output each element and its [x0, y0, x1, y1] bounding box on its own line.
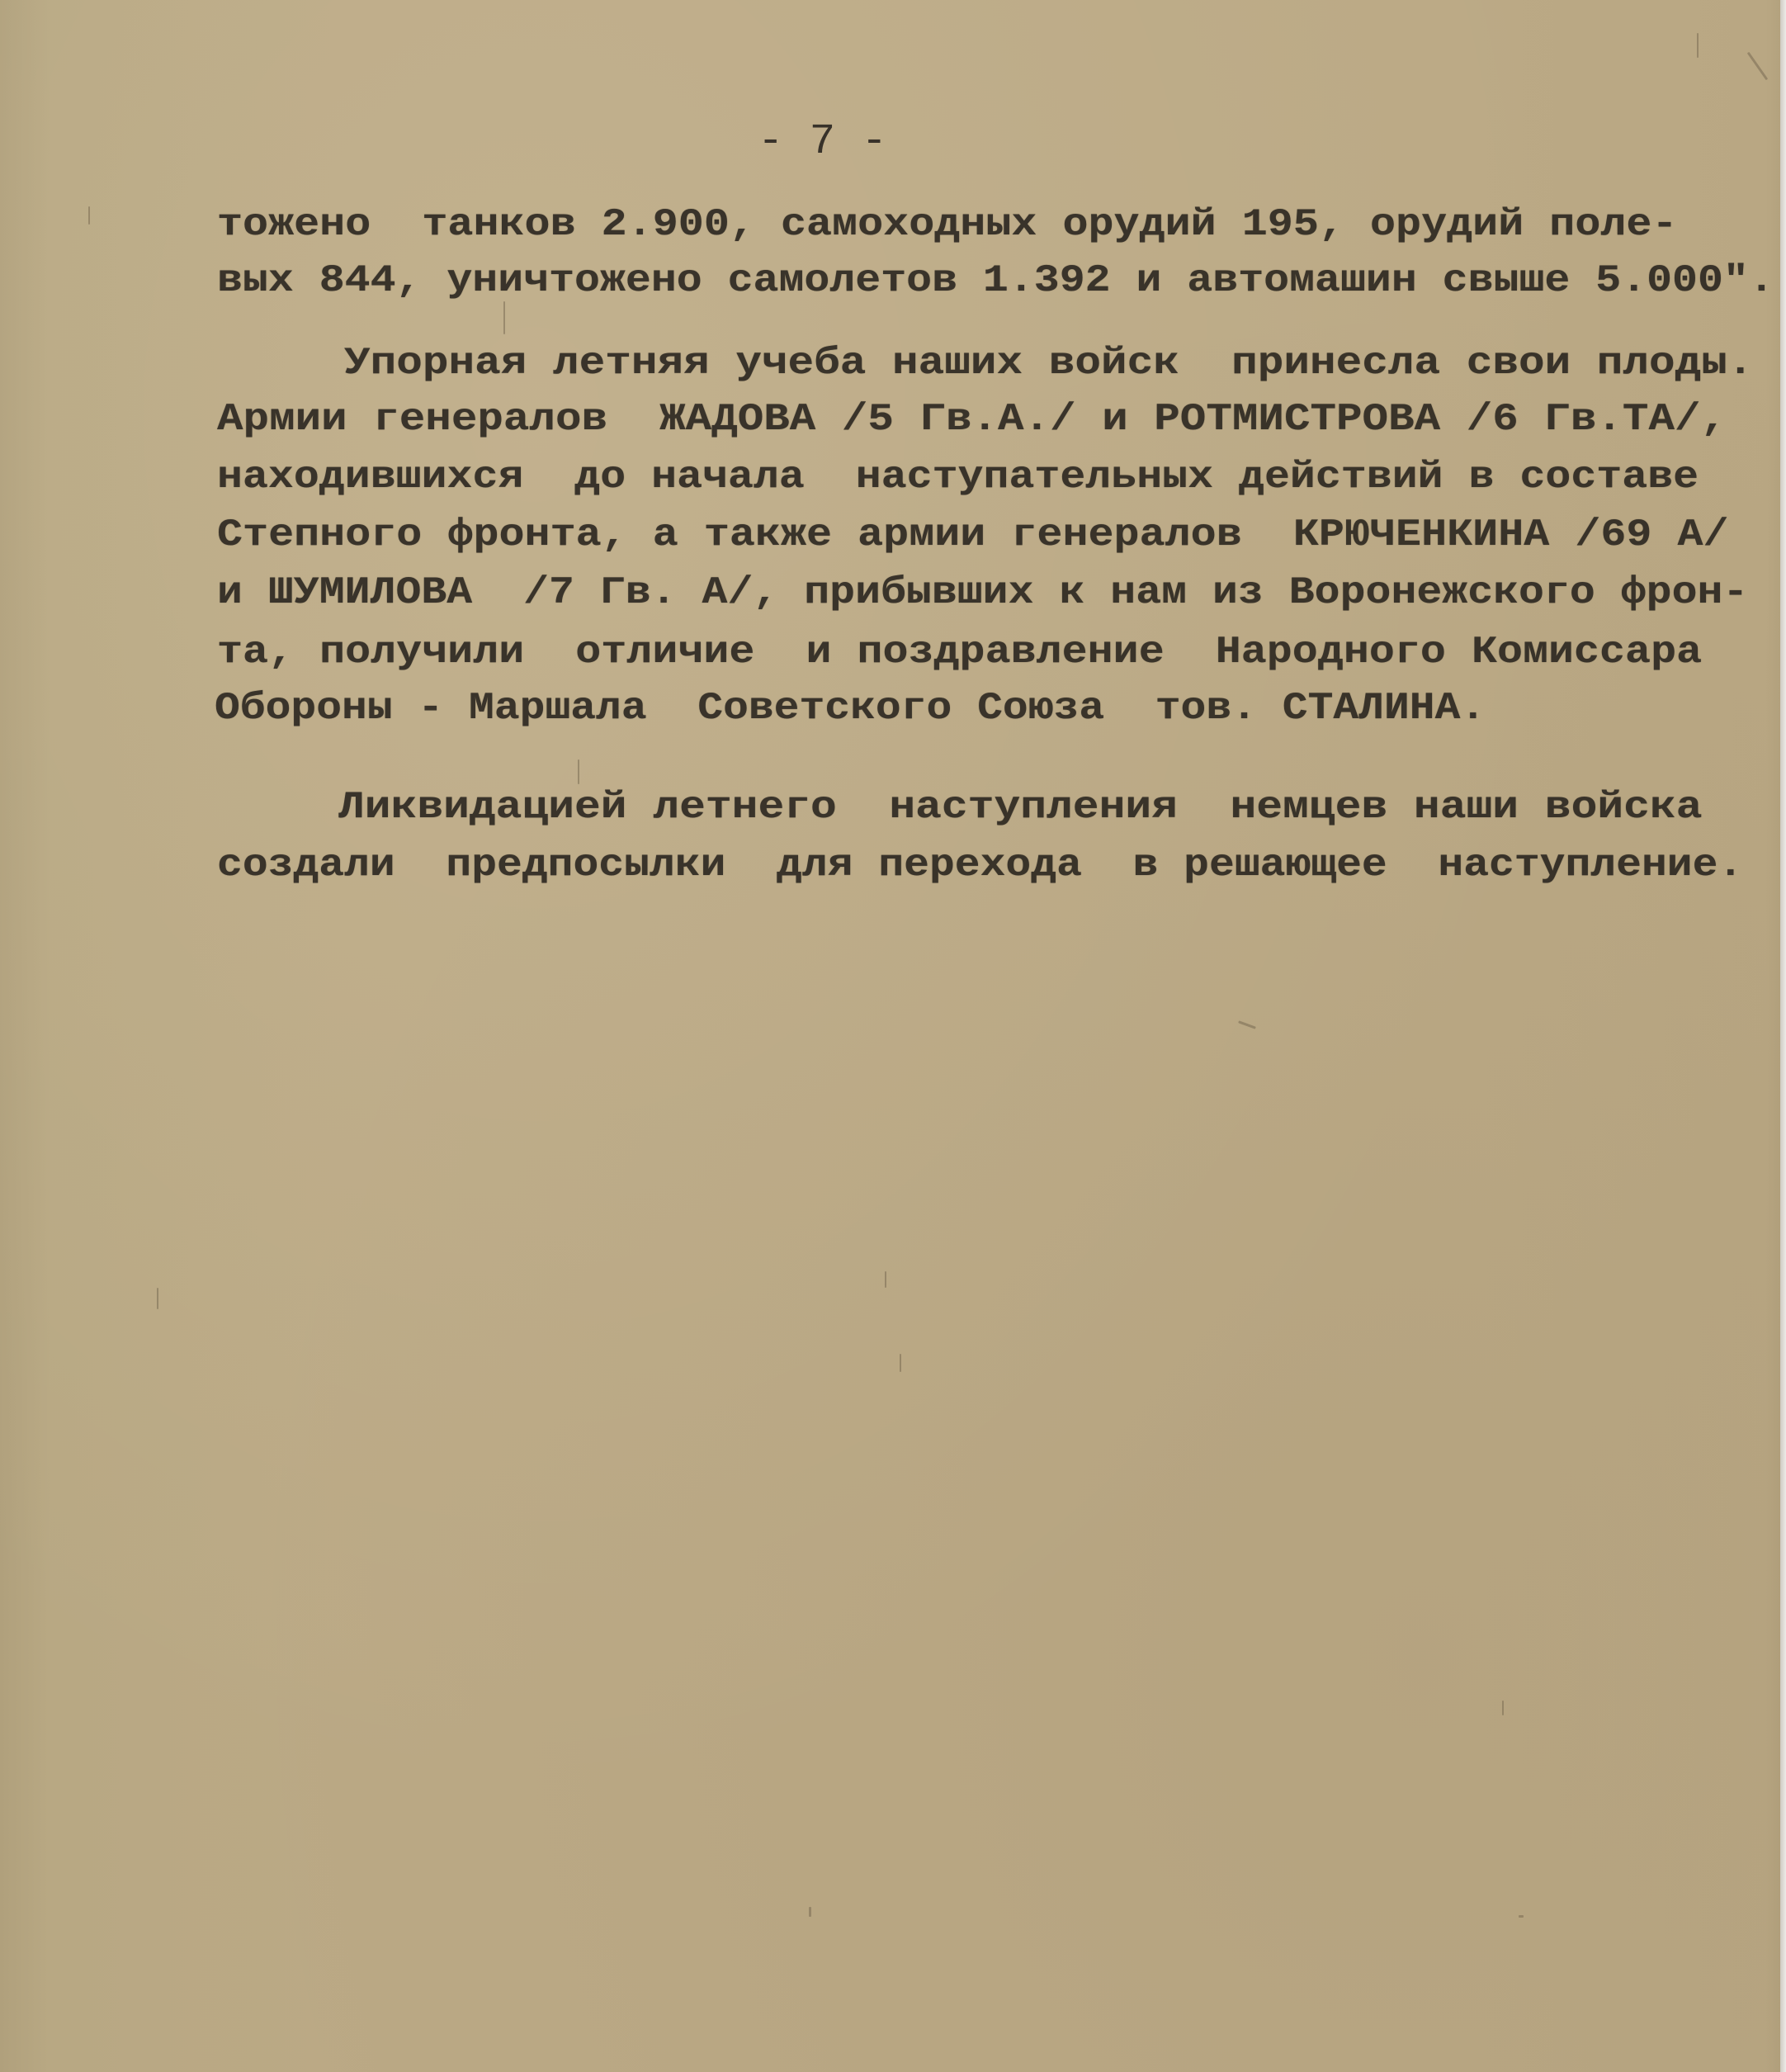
paper-speck [1519, 1915, 1524, 1918]
text-line: Упорная летняя учеба наших войск принесл… [344, 344, 1754, 382]
text-line: находившихся до начала наступательных де… [217, 458, 1699, 496]
text-line: та, получили отличие и поздравление Наро… [217, 633, 1702, 671]
paper-speck [578, 759, 579, 784]
paper-speck [503, 301, 505, 334]
text-line: создали предпосылки для перехода в решаю… [217, 846, 1743, 884]
text-line: вых 844, уничтожено самолетов 1.392 и ав… [217, 262, 1774, 300]
paper-speck [88, 206, 90, 225]
page-edge [1780, 0, 1786, 2072]
paper-speck [1697, 33, 1699, 58]
paper-speck [809, 1907, 811, 1917]
text-line: Обороны - Маршала Советского Союза тов. … [215, 689, 1486, 727]
text-line: Армии генералов ЖАДОВА /5 Гв.А./ и РОТМИ… [217, 400, 1727, 438]
page-number: - 7 - [758, 121, 887, 163]
paper-page [0, 0, 1780, 2072]
paper-speck [885, 1271, 886, 1288]
text-line: тожено танков 2.900, самоходных орудий 1… [217, 206, 1678, 244]
text-line: Ликвидацией летнего наступления немцев н… [338, 788, 1702, 826]
paper-speck [900, 1354, 901, 1372]
text-line: Степного фронта, а также армии генералов… [217, 516, 1729, 554]
paper-speck [157, 1288, 158, 1309]
paper-speck [1502, 1701, 1504, 1715]
text-line: и ШУМИЛОВА /7 Гв. А/, прибывших к нам из… [217, 574, 1748, 612]
